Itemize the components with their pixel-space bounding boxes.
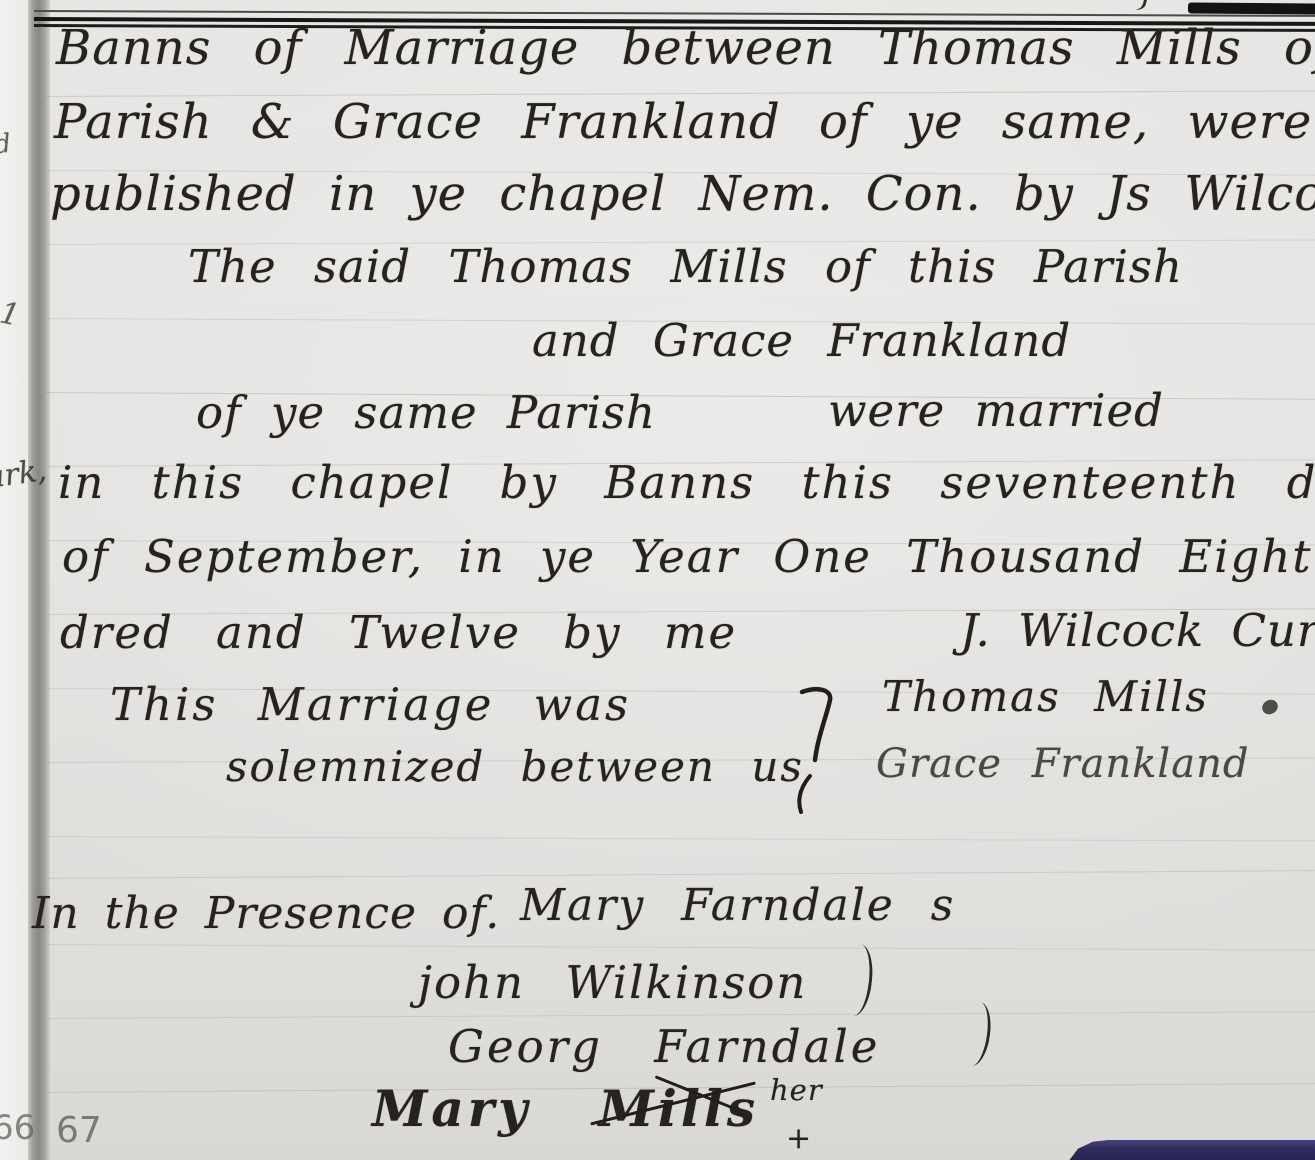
banns-line-2: Parish & Grace Frankland of ye same, wer… <box>54 98 1315 146</box>
flourish-mark <box>838 943 875 1018</box>
page-number-right: 67 <box>56 1110 102 1151</box>
marriage-line-2: of September, in ye Year One Thousand Ei… <box>62 534 1315 579</box>
viewer-overlay-corner[interactable] <box>1068 1140 1315 1160</box>
witness-4: Mary Mills <box>372 1084 759 1134</box>
ruled-line <box>30 836 1315 842</box>
scan-edge-strip <box>0 0 28 1160</box>
flourish-mark <box>958 1000 995 1067</box>
marriage-line-1: in this chapel by Banns this seventeenth… <box>58 460 1315 505</box>
partial-pen-stroke <box>1127 0 1148 12</box>
solemnized-line-2: solemnized between us <box>226 746 804 788</box>
banns-line-1: Banns of Marriage between Thomas Mills o… <box>56 24 1315 72</box>
marriage-line-3: dred and Twelve by me <box>60 610 737 655</box>
bride-signature: Grace Frankland <box>876 744 1249 784</box>
top-rule-overlap <box>1188 2 1315 14</box>
bride-line: and Grace Frankland <box>532 318 1071 363</box>
page-number-left: 66 <box>0 1108 35 1148</box>
witness-1: Mary Farndale s <box>520 884 955 928</box>
witness-3: Georg Farndale <box>448 1024 880 1069</box>
ruled-line <box>30 944 1315 951</box>
ruled-line <box>30 870 1315 879</box>
register-page: Banns of Marriage between Thomas Mills o… <box>0 0 1315 1160</box>
solemnized-line-1: This Marriage was <box>110 682 631 727</box>
parish-phrase: of ye same Parish <box>196 390 656 435</box>
witness-mark-label: her <box>770 1076 823 1105</box>
groom-signature: Thomas Mills <box>882 676 1209 718</box>
ruled-line <box>30 1011 1315 1019</box>
banns-line-3: published in ye chapel Nem. Con. by Js W… <box>50 170 1315 218</box>
ink-blot <box>1260 697 1281 717</box>
binding-shadow <box>28 0 50 1160</box>
brace-mark <box>788 684 848 814</box>
groom-line: The said Thomas Mills of this Parish <box>188 244 1183 289</box>
witness-2: john Wilkinson <box>418 960 807 1005</box>
top-rule-thin <box>34 10 1315 17</box>
witness-mark-cross: + <box>786 1124 811 1154</box>
officiant-signature: J. Wilcock Curate <box>960 608 1315 653</box>
witness-heading: In the Presence of. <box>32 892 500 936</box>
married-phrase: were married <box>828 388 1164 433</box>
